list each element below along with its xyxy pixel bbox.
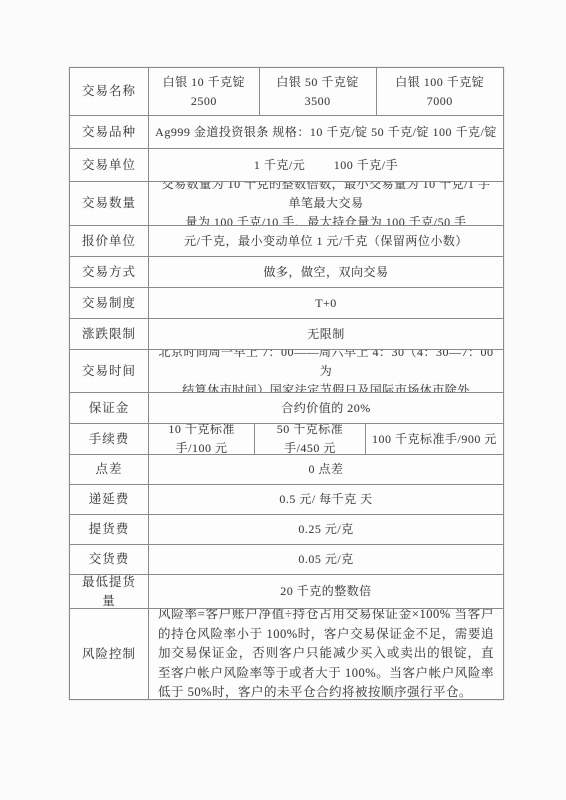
table-row-trading-hours: 交易时间 北京时间周一早上 7：00——周六早上 4：30（4：30—7：00 … <box>70 349 503 392</box>
table-row-commission: 手续费 10 千克标准手/100 元 50 千克标准手/450 元 100 千克… <box>70 423 503 454</box>
row-value: 1 千克/元 100 千克/手 <box>148 149 503 181</box>
row-value: 元/千克，最小变动单位 1 元/千克（保留两位小数） <box>148 226 503 256</box>
risk-control-paragraph: 风险率=客户账户净值÷持仓占用交易保证金×100% 当客户的持仓风险率小于 10… <box>148 609 503 699</box>
table-row-quote-unit: 报价单位 元/千克，最小变动单位 1 元/千克（保留两位小数） <box>70 225 503 256</box>
row-label: 风险控制 <box>70 609 148 699</box>
row-label: 保证金 <box>70 393 148 423</box>
table-row-risk-control: 风险控制 风险率=客户账户净值÷持仓占用交易保证金×100% 当客户的持仓风险率… <box>70 608 503 699</box>
row-value: 合约价值的 20% <box>148 393 503 423</box>
trading-spec-table: 交易名称 白银 10 千克锭 2500 白银 50 千克锭 3500 白银 10… <box>69 67 504 700</box>
row-value: 0.5 元/ 每千克 天 <box>148 485 503 514</box>
table-row-margin: 保证金 合约价值的 20% <box>70 392 503 423</box>
row-label: 交易单位 <box>70 149 148 181</box>
row-label: 涨跌限制 <box>70 319 148 349</box>
row-value: 0.25 元/克 <box>148 515 503 544</box>
row-label: 交易方式 <box>70 257 148 287</box>
row-label: 交易品种 <box>70 116 148 148</box>
table-row-deferred-fee: 递延费 0.5 元/ 每千克 天 <box>70 484 503 514</box>
row-label: 交易数量 <box>70 182 148 225</box>
trade-name-cell-100kg: 白银 100 千克锭 7000 <box>376 68 504 115</box>
commission-cell-100kg: 100 千克标准手/900 元 <box>365 424 503 454</box>
table-row-spread: 点差 0 点差 <box>70 454 503 484</box>
row-value: 北京时间周一早上 7：00——周六早上 4：30（4：30—7：00 为 结算休… <box>148 350 503 392</box>
row-label: 提货费 <box>70 515 148 544</box>
row-label: 交易制度 <box>70 288 148 318</box>
row-label: 交易时间 <box>70 350 148 392</box>
row-value: 20 千克的整数倍 <box>148 575 503 608</box>
row-label: 交货费 <box>70 545 148 574</box>
table-row-pickup-fee: 提货费 0.25 元/克 <box>70 514 503 544</box>
scanned-document-page: 交易名称 白银 10 千克锭 2500 白银 50 千克锭 3500 白银 10… <box>0 0 566 800</box>
table-row-price-limit: 涨跌限制 无限制 <box>70 318 503 349</box>
table-row-trade-system: 交易制度 T+0 <box>70 287 503 318</box>
row-value: Ag999 金道投资银条 规格：10 千克/锭 50 千克/锭 100 千克/锭 <box>148 116 503 148</box>
row-value: 交易数量为 10 千克的整数倍数，最小交易量为 10 千克/1 手 单笔最大交易… <box>148 182 503 225</box>
row-value: 做多，做空，双向交易 <box>148 257 503 287</box>
row-label: 点差 <box>70 455 148 484</box>
table-row-trade-unit: 交易单位 1 千克/元 100 千克/手 <box>70 148 503 181</box>
row-value: 无限制 <box>148 319 503 349</box>
row-label: 手续费 <box>70 424 148 454</box>
table-row-delivery-fee: 交货费 0.05 元/克 <box>70 544 503 574</box>
row-label: 交易名称 <box>70 68 148 115</box>
trade-name-cell-50kg: 白银 50 千克锭 3500 <box>259 68 376 115</box>
row-label: 报价单位 <box>70 226 148 256</box>
trade-name-cell-10kg: 白银 10 千克锭 2500 <box>148 68 259 115</box>
commission-cell-50kg: 50 千克标准手/450 元 <box>254 424 365 454</box>
commission-cell-10kg: 10 千克标准手/100 元 <box>148 424 254 454</box>
table-row-trade-quantity: 交易数量 交易数量为 10 千克的整数倍数，最小交易量为 10 千克/1 手 单… <box>70 181 503 225</box>
table-row-min-pickup: 最低提货量 20 千克的整数倍 <box>70 574 503 608</box>
table-row-trade-variety: 交易品种 Ag999 金道投资银条 规格：10 千克/锭 50 千克/锭 100… <box>70 115 503 148</box>
row-label: 递延费 <box>70 485 148 514</box>
row-label: 最低提货量 <box>70 575 148 608</box>
row-value: 0.05 元/克 <box>148 545 503 574</box>
table-row-trade-name: 交易名称 白银 10 千克锭 2500 白银 50 千克锭 3500 白银 10… <box>70 68 503 115</box>
table-row-trade-mode: 交易方式 做多，做空，双向交易 <box>70 256 503 287</box>
row-value: T+0 <box>148 288 503 318</box>
row-value: 0 点差 <box>148 455 503 484</box>
